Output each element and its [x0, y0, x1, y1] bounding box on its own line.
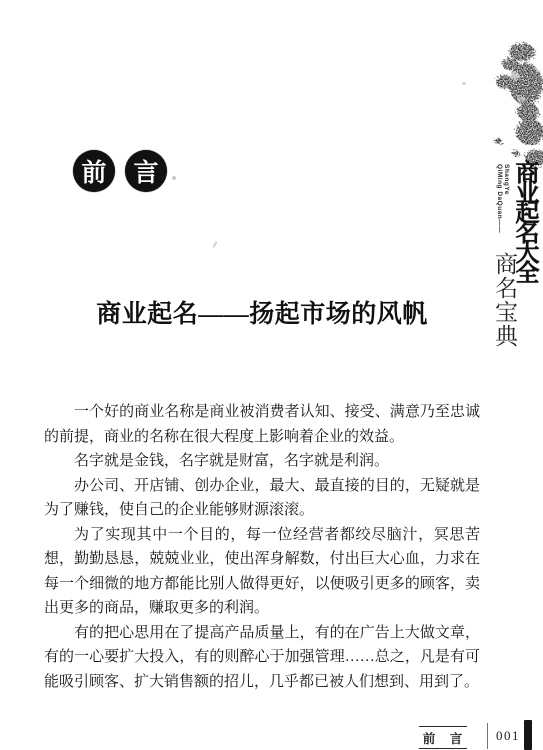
page-number: 001 — [496, 728, 520, 744]
body-text: 一个好的商业名称是商业被消费者认知、接受、满意乃至忠诚的前提，商业的名称在很大程… — [44, 400, 480, 694]
romanization-line: QiMing DaQuan—— — [496, 164, 503, 233]
scan-artifact — [212, 241, 217, 248]
ink-wash-decoration-icon — [486, 38, 543, 170]
paragraph-3: 办公司、开店铺、创办企业，最大、最直接的目的，无疑就是为了赚钱，使自己的企业能够… — [44, 474, 480, 523]
paragraph-1: 一个好的商业名称是商业被消费者认知、接受、满意乃至忠诚的前提，商业的名称在很大程… — [44, 400, 480, 449]
paragraph-5: 有的把心思用在了提高产品质量上，有的在广告上大做文章，有的一心要扩大投入，有的则… — [44, 621, 480, 695]
badge-circle-char-1: 前 — [73, 150, 115, 192]
series-subtitle-vertical: 商名宝典 — [488, 252, 521, 348]
paragraph-4: 为了实现其中一个目的，每一位经营者都绞尽脑汁，冥思苦想，勤勤恳恳，兢兢业业，使出… — [44, 523, 480, 621]
badge-circle-char-2: 言 — [125, 150, 167, 192]
book-page: 前 言 — [0, 0, 543, 750]
chapter-title: 商业起名——扬起市场的风帆 — [44, 294, 480, 330]
scan-artifact — [462, 82, 466, 85]
footer-divider — [487, 723, 488, 749]
footer-edge-bar — [524, 720, 532, 750]
footer-section-label: 前 言 — [419, 726, 467, 749]
paragraph-2: 名字就是金钱，名字就是财富，名字就是利润。 — [44, 449, 480, 474]
preface-badge: 前 言 — [73, 150, 167, 192]
scan-artifact — [172, 176, 176, 180]
